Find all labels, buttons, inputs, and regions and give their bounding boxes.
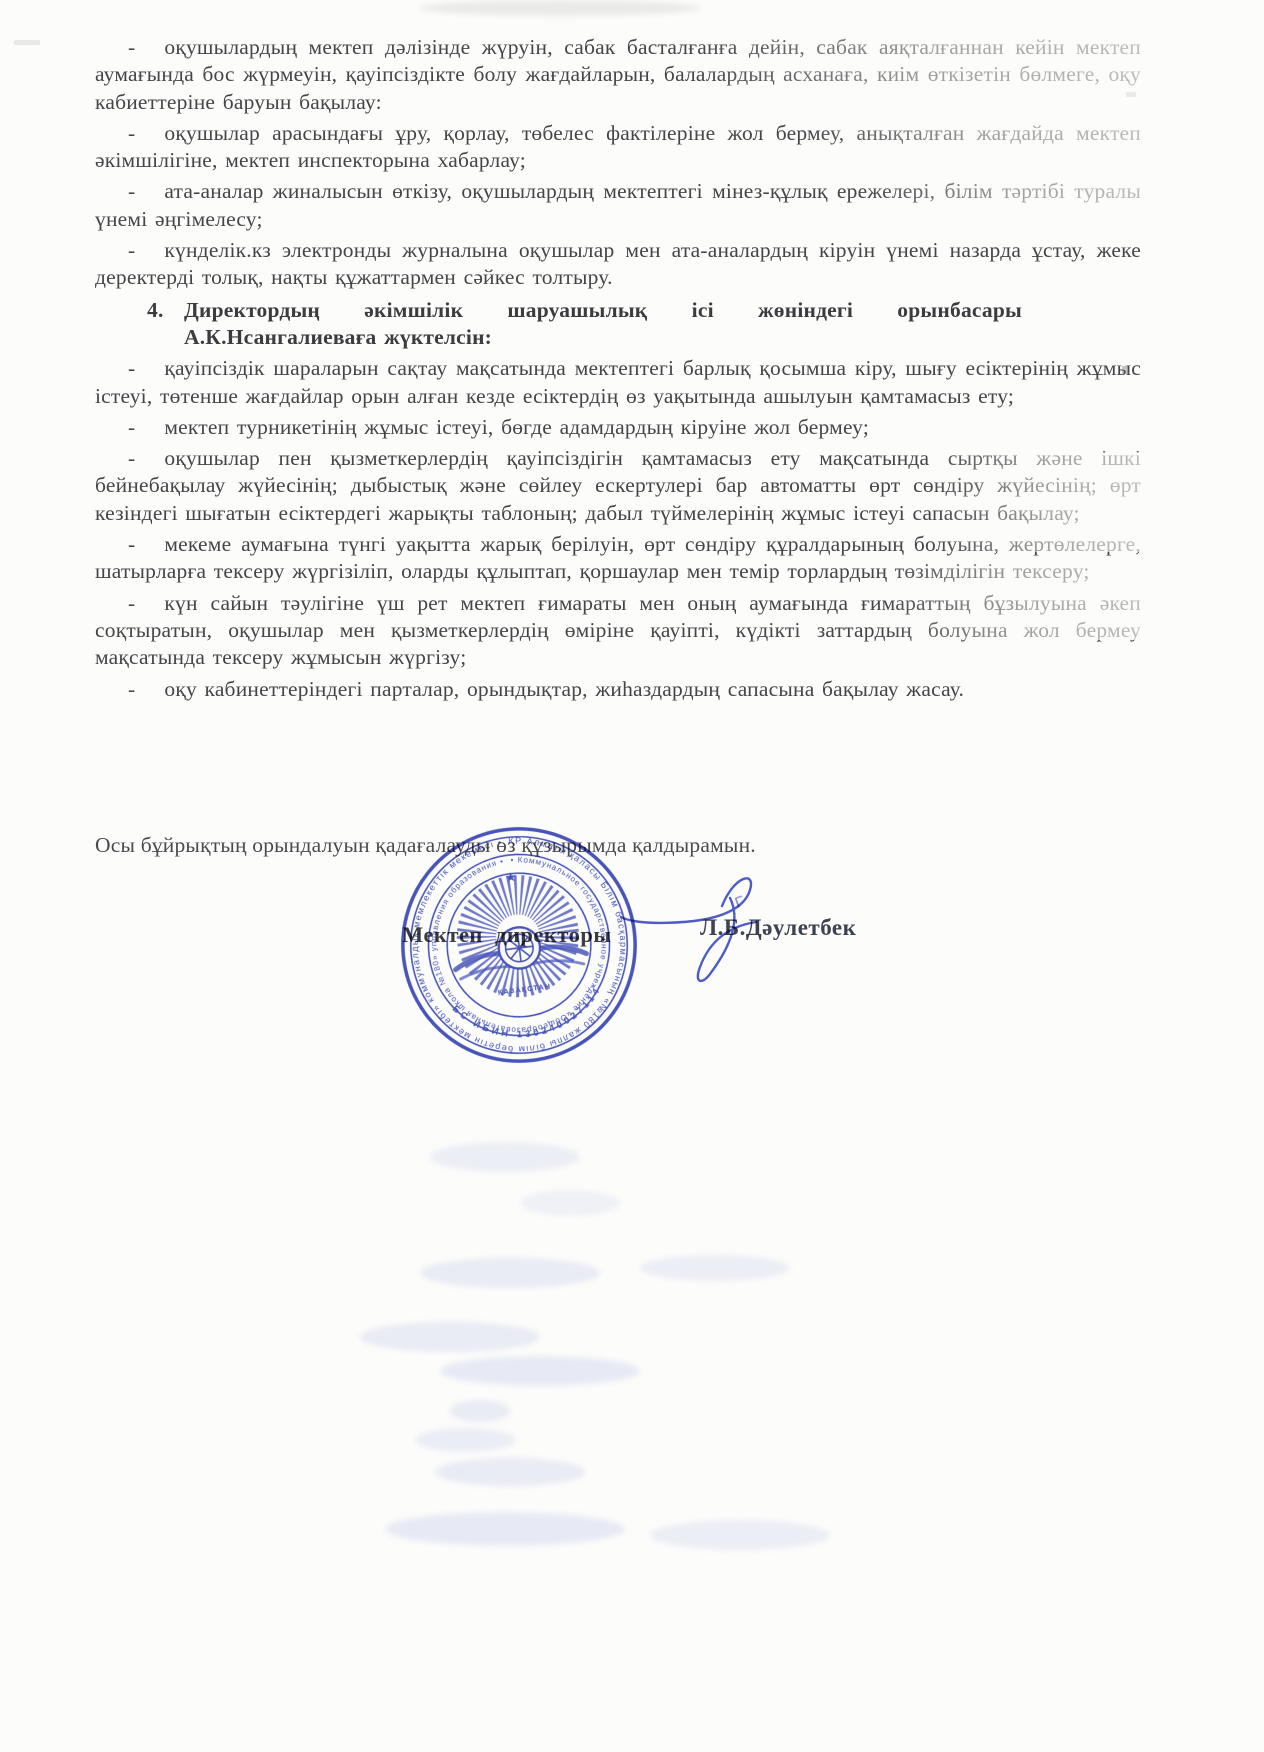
order-item-4-number: 4. [147, 297, 184, 324]
order-bullet-5: -қауіпсіздік шараларын сақтау мақсатында… [95, 351, 1141, 410]
order-bullet-6: -мектеп турникетінің жұмыс істеуі, бөгде… [95, 410, 1141, 441]
bullet-dash: - [128, 355, 135, 382]
bleed-through-smudge [520, 1190, 620, 1216]
order-item-4-line2: А.К.Нсангалиеваға жүктелсін: [184, 324, 1141, 351]
order-bullet-6-text: мектеп турникетінің жұмыс істеуі, бөгде … [164, 415, 869, 439]
order-bullet-4: -күнделік.кз электронды журналына оқушыл… [95, 233, 1141, 292]
bullet-dash: - [128, 445, 135, 472]
order-bullet-9: -күн сайын тәулігіне үш рет мектеп ғимар… [95, 586, 1141, 672]
order-bullet-3: -ата-аналар жиналысын өткізу, оқушыларды… [95, 174, 1141, 233]
bleed-through-smudge [385, 1512, 625, 1546]
order-bullet-4-text: күнделік.кз электронды журналына оқушыла… [95, 238, 1141, 289]
scan-speck [14, 40, 40, 45]
order-bullet-2-text: оқушылар арасындағы ұру, қорлау, төбелес… [95, 121, 1141, 172]
bullet-dash: - [128, 414, 135, 441]
official-stamp: ҚР Алматы қаласы Білім басқармасының «№1… [382, 808, 656, 1082]
order-bullet-7-text: оқушылар пен қызметкерлердің қауіпсіздіг… [95, 446, 1141, 525]
order-bullet-3-text: ата-аналар жиналысын өткізу, оқушылардың… [95, 179, 1141, 230]
bullet-dash: - [128, 531, 135, 558]
order-bullet-7: -оқушылар пен қызметкерлердің қауіпсізді… [95, 441, 1141, 527]
order-bullet-9-text: күн сайын тәулігіне үш рет мектеп ғимара… [95, 591, 1141, 670]
star-icon: ★ [504, 870, 517, 885]
scanned-order-page: -оқушылардың мектеп дәлізінде жүруін, са… [0, 0, 1264, 1752]
bleed-through-smudge [450, 1400, 510, 1422]
bullet-dash: - [128, 237, 135, 264]
bleed-through-smudge [415, 1428, 515, 1452]
bleed-through-smudge [360, 1322, 540, 1352]
bullet-dash: - [128, 590, 135, 617]
order-item-4: 4. Директордың әкімшілік шаруашылық ісі … [95, 292, 1141, 352]
scan-speck [1122, 366, 1128, 374]
bleed-through-smudge [430, 1142, 580, 1172]
bleed-through-smudge [650, 1520, 830, 1550]
bleed-through-smudge [435, 1458, 585, 1486]
order-bullet-8-text: мекеме аумағына түнгі уақытта жарық бері… [95, 532, 1141, 583]
order-bullet-2: -оқушылар арасындағы ұру, қорлау, төбеле… [95, 116, 1141, 175]
bleed-through-smudge [420, 1258, 600, 1288]
order-bullet-1-text: оқушылардың мектеп дәлізінде жүруін, саб… [95, 35, 1141, 114]
order-item-4-line1: 4. Директордың әкімшілік шаруашылық ісі … [95, 297, 1141, 324]
order-text-block: -оқушылардың мектеп дәлізінде жүруін, са… [95, 30, 1141, 703]
order-bullet-8: -мекеме аумағына түнгі уақытта жарық бер… [95, 527, 1141, 586]
order-bullet-5-text: қауіпсіздік шараларын сақтау мақсатында … [95, 356, 1141, 407]
bleed-through-smudge [640, 1255, 790, 1281]
order-bullet-1: -оқушылардың мектеп дәлізінде жүруін, са… [95, 30, 1141, 116]
bleed-through-smudge [440, 1356, 640, 1386]
bullet-dash: - [128, 120, 135, 147]
bullet-dash: - [128, 178, 135, 205]
bullet-dash: - [128, 676, 135, 703]
order-item-4-title: Директордың әкімшілік шаруашылық ісі жөн… [184, 297, 1022, 324]
order-bullet-10-text: оқу кабинеттеріндегі парталар, орындықта… [164, 677, 964, 701]
order-bullet-10: -оқу кабинеттеріндегі парталар, орындықт… [95, 672, 1141, 703]
scan-speck [1126, 92, 1136, 97]
bullet-dash: - [128, 34, 135, 61]
bleed-through-smudge [420, 0, 700, 16]
